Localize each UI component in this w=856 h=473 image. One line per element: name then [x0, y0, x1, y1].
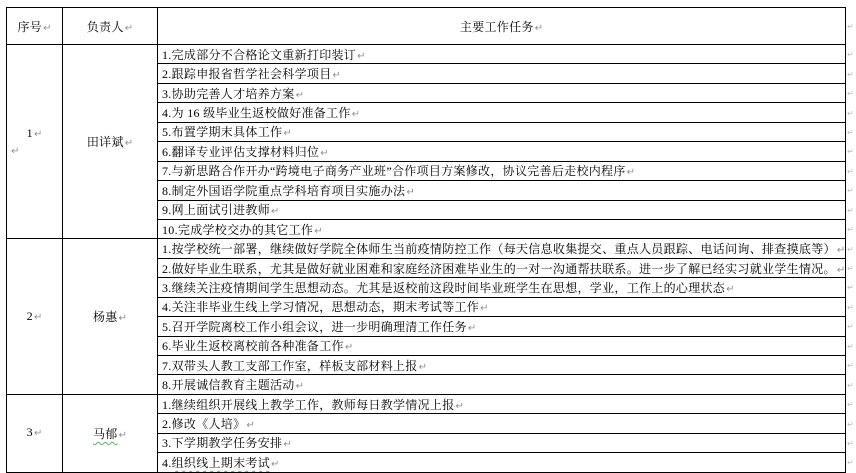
row-end-mark: ↵	[847, 110, 854, 118]
task-cell: 1.完成部分不合格论文重新打印装订↵	[158, 45, 846, 64]
paragraph-mark: ↵	[405, 187, 414, 198]
paragraph-mark: ↵	[344, 342, 353, 353]
table-row: 2↵杨惠↵1.按学校统一部署，继续做好学院全体师生当前疫情防控工作（每天信息收集…	[7, 239, 846, 258]
task-text: 1.完成部分不合格论文重新打印装订	[162, 48, 356, 62]
row-end-mark: ↵	[847, 459, 854, 467]
task-text: 6.毕业生返校离校前各种准备工作	[162, 339, 344, 353]
paragraph-mark: ↵	[418, 362, 427, 373]
row-number-cell: 3↵	[7, 394, 63, 472]
header-label-no: 序号	[18, 20, 43, 34]
task-text: 5.召开学院离校工作小组会议，进一步明确理清工作任务	[162, 320, 467, 334]
task-text: 4.关注非毕业生线上学习情况，思想动态，期末考试等工作	[162, 300, 479, 314]
paragraph-mark: ↵	[455, 401, 464, 412]
row-end-mark: ↵	[847, 440, 854, 448]
paragraph-mark: ↵	[33, 428, 42, 439]
row-end-mark: ↵	[847, 401, 854, 409]
task-text: 9.网上面试引进教师	[162, 203, 270, 217]
task-text: 2.修改《人培》	[162, 417, 245, 431]
task-cell: 5.布置学期末具体工作↵	[158, 122, 846, 141]
person-name: 马郁	[93, 427, 118, 441]
person-name: 杨惠	[93, 310, 118, 324]
row-end-mark: ↵	[847, 168, 854, 176]
paragraph-mark: ↵	[282, 128, 291, 139]
row-end-mark: ↵	[847, 23, 854, 31]
paragraph-mark: ↵	[270, 459, 279, 470]
task-cell: 3.下学期教学任务安排↵	[158, 433, 846, 452]
header-cell-person: 负责人↵	[63, 8, 158, 45]
task-cell: 8.制定外国语学院重点学科培育项目实施办法↵	[158, 181, 846, 200]
paragraph-mark: ↵	[295, 90, 304, 101]
task-cell: 8.开展诚信教育主题活动↵	[158, 375, 846, 394]
header-label-person: 负责人	[87, 20, 124, 34]
paragraph-mark: ↵	[270, 206, 279, 217]
row-end-mark: ↵	[847, 304, 854, 312]
task-text: 2.做好毕业生联系，尤其是做好就业困难和家庭经济困难毕业生的一对一沟通帮扶联系。…	[162, 262, 836, 276]
row-end-mark: ↵	[847, 323, 854, 331]
row-number: 3↵	[7, 425, 62, 441]
header-row: 序号↵ 负责人↵ 主要工作任务↵	[7, 8, 846, 45]
row-end-mark: ↵	[847, 421, 854, 429]
paragraph-mark: ↵	[33, 312, 42, 323]
person-name: 田详斌	[87, 135, 124, 149]
paragraph-mark: ↵	[725, 284, 734, 295]
task-text: 4.为 16 级毕业生返校做好准备工作	[162, 106, 351, 120]
task-cell: 4.关注非毕业生线上学习情况，思想动态，期末考试等工作↵	[158, 297, 846, 316]
task-cell: 6.毕业生返校离校前各种准备工作↵	[158, 336, 846, 355]
task-text: 4.	[162, 456, 172, 470]
row-end-mark: ↵	[847, 246, 854, 254]
row-number-cell: 1↵↵	[7, 45, 63, 239]
paragraph-mark: ↵	[245, 420, 254, 431]
table-row: 1↵↵田详斌↵1.完成部分不合格论文重新打印装订↵	[7, 45, 846, 64]
row-end-mark: ↵	[847, 148, 854, 156]
row-end-mark: ↵	[847, 284, 854, 292]
task-text: 3.协助完善人才培养方案	[162, 87, 295, 101]
paragraph-mark: ↵	[42, 23, 51, 34]
task-cell: 6.翻译专业评估支撑材料归位↵	[158, 142, 846, 161]
task-text-spellchecked: 组织线上期末考试	[172, 456, 270, 470]
person-cell: 田详斌↵	[63, 45, 158, 239]
paragraph-mark: ↵	[124, 23, 133, 34]
task-text: 3.下学期教学任务安排	[162, 436, 282, 450]
work-table: 序号↵ 负责人↵ 主要工作任务↵ 1↵↵田详斌↵1.完成部分不合格论文重新打印装…	[6, 7, 846, 473]
header-label-tasks: 主要工作任务	[460, 20, 534, 34]
task-cell: 2.做好毕业生联系，尤其是做好就业困难和家庭经济困难毕业生的一对一沟通帮扶联系。…	[158, 258, 846, 277]
row-end-mark: ↵	[847, 51, 854, 59]
paragraph-mark: ↵	[836, 245, 845, 256]
row-end-mark: ↵	[847, 71, 854, 79]
paragraph-mark: ↵	[319, 148, 328, 159]
task-text: 1.按学校统一部署，继续做好学院全体师生当前疫情防控工作（每天信息收集提交、重点…	[162, 242, 836, 256]
paragraph-mark: ↵	[534, 23, 543, 34]
paragraph-mark: ↵	[332, 70, 341, 81]
row-end-mark: ↵	[847, 207, 854, 215]
paragraph-mark: ↵	[282, 439, 291, 450]
header-cell-tasks: 主要工作任务↵	[158, 8, 846, 45]
row-number-cell: 2↵	[7, 239, 63, 395]
task-text: 7.双带头人教工支部工作室，样板支部材料上报	[162, 359, 418, 373]
task-cell: 3.协助完善人才培养方案↵	[158, 83, 846, 102]
row-end-mark: ↵	[847, 90, 854, 98]
task-cell: 4.为 16 级毕业生返校做好准备工作↵	[158, 103, 846, 122]
page: 序号↵ 负责人↵ 主要工作任务↵ 1↵↵田详斌↵1.完成部分不合格论文重新打印装…	[0, 0, 856, 473]
paragraph-mark: ↵	[836, 265, 845, 276]
task-cell: 2.跟踪申报省哲学社会科学项目↵	[158, 64, 846, 83]
table-row: 3↵马郁↵1.继续组织开展线上教学工作，教师每日教学情况上报↵	[7, 394, 846, 413]
task-text: 6.翻译专业评估支撑材料归位	[162, 145, 319, 159]
task-text: 3.继续关注疫情期间学生思想动态。尤其是返校前这段时间毕业班学生在思想，学业，工…	[162, 281, 725, 295]
task-cell: 1.按学校统一部署，继续做好学院全体师生当前疫情防控工作（每天信息收集提交、重点…	[158, 239, 846, 258]
paragraph-mark: ↵	[626, 167, 635, 178]
task-text: 8.开展诚信教育主题活动	[162, 378, 295, 392]
task-cell: 2.修改《人培》↵	[158, 414, 846, 433]
task-cell: 7.双带头人教工支部工作室，样板支部材料上报↵	[158, 356, 846, 375]
paragraph-mark: ↵	[10, 146, 19, 157]
row-end-mark: ↵	[847, 187, 854, 195]
row-end-mark: ↵	[847, 343, 854, 351]
task-cell: 1.继续组织开展线上教学工作，教师每日教学情况上报↵	[158, 394, 846, 413]
paragraph-mark: ↵	[124, 138, 133, 149]
row-end-mark: ↵	[847, 226, 854, 234]
task-text: 8.制定外国语学院重点学科培育项目实施办法	[162, 184, 405, 198]
row-end-mark: ↵	[847, 129, 854, 137]
paragraph-mark: ↵	[295, 381, 304, 392]
paragraph-mark: ↵	[356, 51, 365, 62]
task-cell: 3.继续关注疫情期间学生思想动态。尤其是返校前这段时间毕业班学生在思想，学业，工…	[158, 278, 846, 297]
paragraph-mark: ↵	[33, 129, 42, 140]
task-cell: 9.网上面试引进教师↵	[158, 200, 846, 219]
person-cell: 马郁↵	[63, 394, 158, 472]
task-cell: 7.与新思路合作开办“跨境电子商务产业班”合作项目方案修改，协议完善后走校内程序…	[158, 161, 846, 180]
paragraph-mark: ↵	[118, 313, 127, 324]
task-text: 10.完成学校交办的其它工作	[162, 223, 313, 237]
paragraph-mark: ↵	[479, 303, 488, 314]
row-number: 2↵	[7, 309, 62, 325]
paragraph-mark: ↵	[118, 430, 127, 441]
paragraph-mark: ↵	[313, 226, 322, 237]
header-cell-no: 序号↵	[7, 8, 63, 45]
task-cell: 5.召开学院离校工作小组会议，进一步明确理清工作任务↵	[158, 317, 846, 336]
row-end-mark: ↵	[847, 382, 854, 390]
paragraph-mark: ↵	[467, 323, 476, 334]
task-cell: 10.完成学校交办的其它工作↵	[158, 219, 846, 238]
task-text: 5.布置学期末具体工作	[162, 125, 282, 139]
person-cell: 杨惠↵	[63, 239, 158, 395]
paragraph-mark: ↵	[351, 109, 360, 120]
task-text: 1.继续组织开展线上教学工作，教师每日教学情况上报	[162, 398, 455, 412]
empty-paragraph: ↵	[7, 144, 62, 158]
task-text: 7.与新思路合作开办“跨境电子商务产业班”合作项目方案修改，协议完善后走校内程序	[162, 164, 626, 178]
row-number: 1↵	[7, 126, 62, 142]
row-end-mark: ↵	[847, 265, 854, 273]
task-cell: 4.组织线上期末考试↵	[158, 453, 846, 472]
row-end-mark: ↵	[847, 362, 854, 370]
task-text: 2.跟踪申报省哲学社会科学项目	[162, 67, 332, 81]
